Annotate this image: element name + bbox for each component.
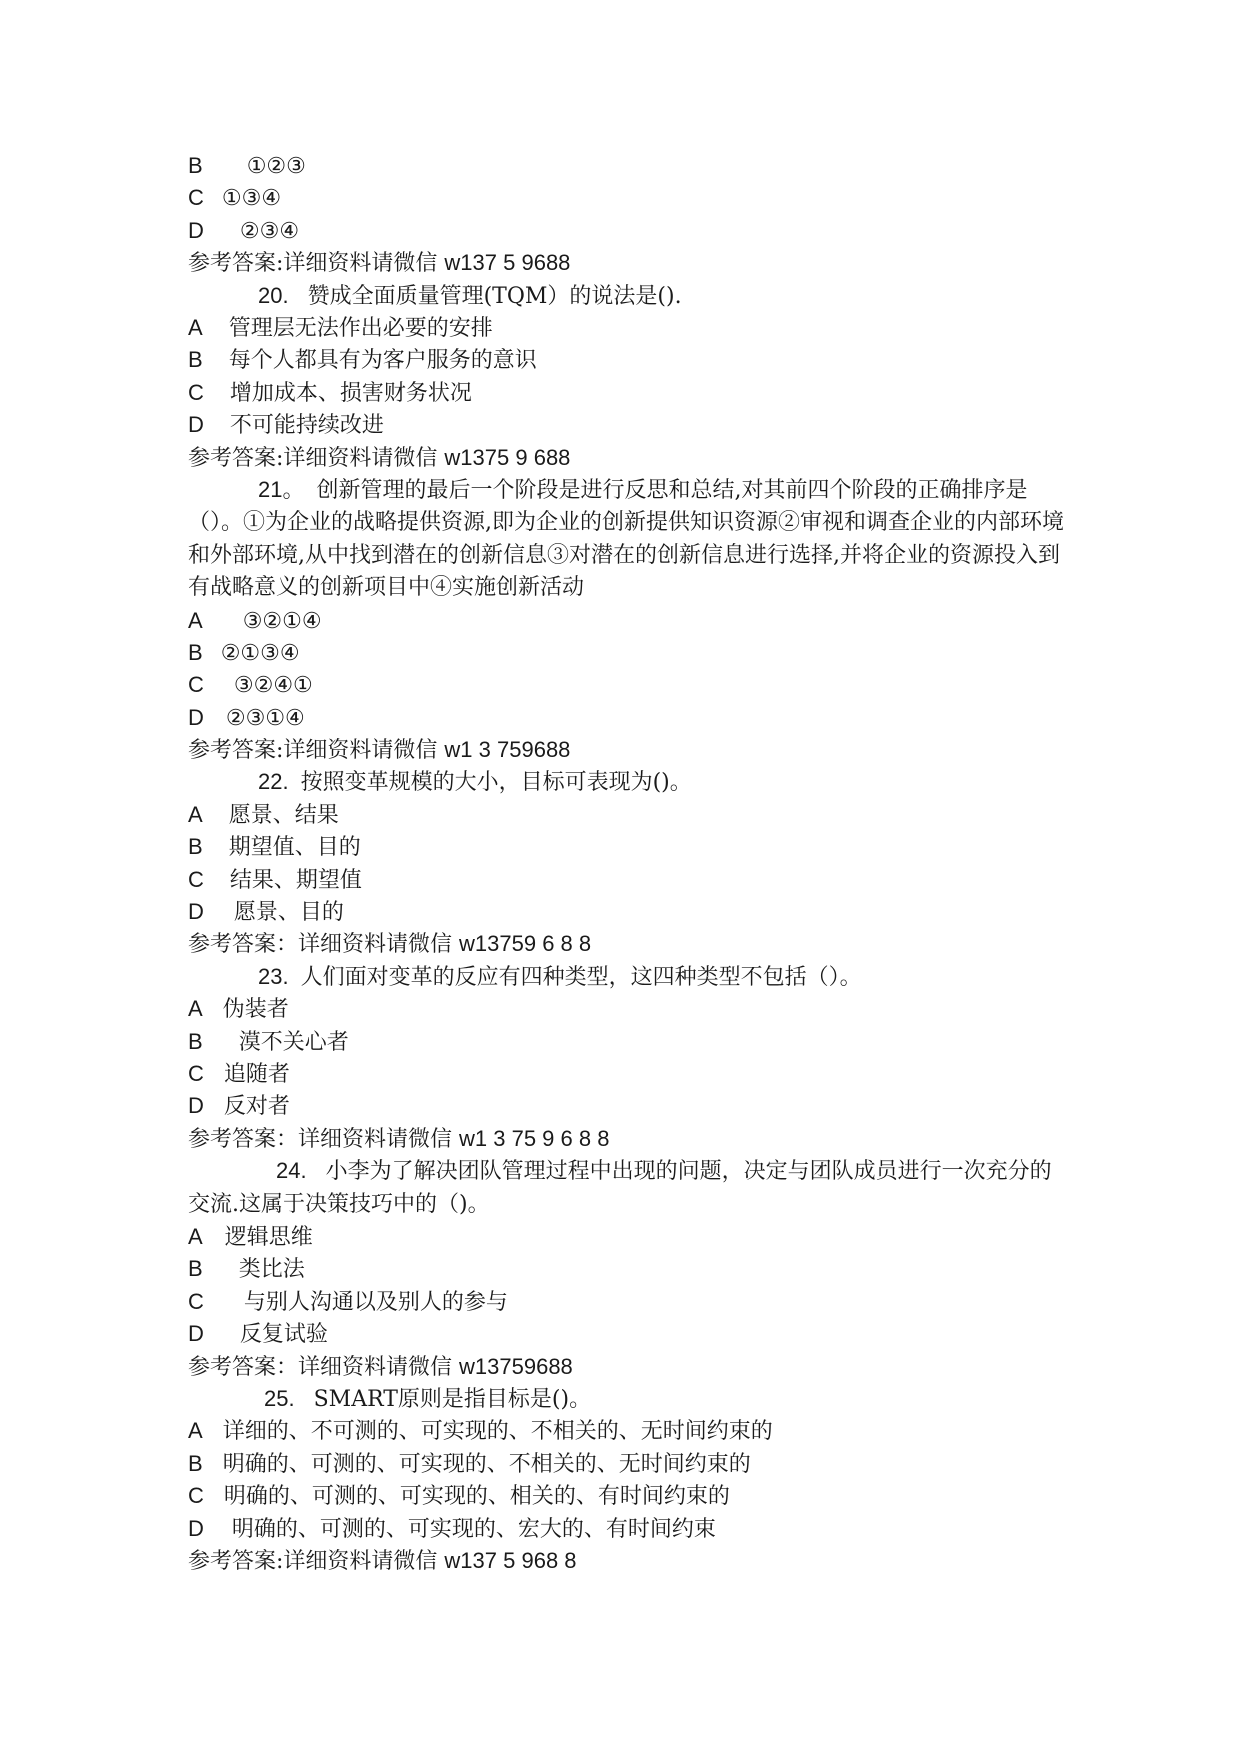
question-23: 23.人们面对变革的反应有四种类型，这四种类型不包括（）。 A伪装者 B漠不关心… xyxy=(188,961,1068,1155)
option-text: 追随者 xyxy=(224,1062,290,1087)
option-letter: C xyxy=(188,1058,204,1090)
option-letter: A xyxy=(188,312,203,344)
answer-label: 参考答案:详细资料请微信 xyxy=(188,251,437,276)
option-c: C结果、期望值 xyxy=(188,864,1068,896)
answer-line: 参考答案：详细资料请微信 w13759688 xyxy=(188,1351,1068,1383)
option-letter: B xyxy=(188,1253,203,1285)
option-letter: A xyxy=(188,1221,203,1253)
question-number: 22. xyxy=(258,769,289,794)
option-text: 愿景、结果 xyxy=(229,803,339,828)
option-b: B期望值、目的 xyxy=(188,831,1068,863)
option-text: 期望值、目的 xyxy=(229,835,361,860)
answer-code: w1375 9 688 xyxy=(444,445,570,470)
option-letter: D xyxy=(188,702,204,734)
option-c: C增加成本、损害财务状况 xyxy=(188,377,1068,409)
option-c: C明确的、可测的、可实现的、相关的、有时间约束的 xyxy=(188,1480,1068,1512)
option-text: ①②③ xyxy=(247,154,306,179)
question-stem: 24. 小李为了解决团队管理过程中出现的问题，决定与团队成员进行一次充分的交流.… xyxy=(188,1155,1068,1221)
option-a: A管理层无法作出必要的安排 xyxy=(188,312,1068,344)
answer-label: 参考答案:详细资料请微信 xyxy=(188,1549,437,1574)
answer-label: 参考答案：详细资料请微信 xyxy=(188,1355,452,1380)
question-19-continuation: B①②③ C①③④ D②③④ 参考答案:详细资料请微信 w137 5 9688 xyxy=(188,150,1068,280)
answer-code: w13759688 xyxy=(459,1354,573,1379)
answer-label: 参考答案:详细资料请微信 xyxy=(188,446,437,471)
option-d: D愿景、目的 xyxy=(188,896,1068,928)
document-page: B①②③ C①③④ D②③④ 参考答案:详细资料请微信 w137 5 9688 … xyxy=(188,150,1068,1577)
option-text: ③②①④ xyxy=(243,609,322,634)
option-letter: A xyxy=(188,1415,203,1447)
option-letter: B xyxy=(188,150,203,182)
answer-line: 参考答案：详细资料请微信 w13759 6 8 8 xyxy=(188,928,1068,960)
option-c: C①③④ xyxy=(188,182,1068,214)
option-d: D反对者 xyxy=(188,1090,1068,1122)
option-c: C追随者 xyxy=(188,1058,1068,1090)
answer-line: 参考答案:详细资料请微信 w137 5 968 8 xyxy=(188,1545,1068,1577)
question-stem: 25. SMART原则是指目标是()。 xyxy=(188,1383,1068,1415)
option-letter: C xyxy=(188,1480,204,1512)
option-d: D反复试验 xyxy=(188,1318,1068,1350)
question-number: 21。 xyxy=(258,477,304,502)
option-a: A③②①④ xyxy=(188,605,1068,637)
option-d: D明确的、可测的、可实现的、宏大的、有时间约束 xyxy=(188,1513,1068,1545)
option-letter: D xyxy=(188,896,204,928)
option-a: A详细的、不可测的、可实现的、不相关的、无时间约束的 xyxy=(188,1415,1068,1447)
option-text: 不可能持续改进 xyxy=(230,413,384,438)
option-letter: C xyxy=(188,377,204,409)
question-number: 23. xyxy=(258,964,289,989)
answer-code: w1 3 75 9 6 8 8 xyxy=(459,1126,609,1151)
question-24: 24. 小李为了解决团队管理过程中出现的问题，决定与团队成员进行一次充分的交流.… xyxy=(188,1155,1068,1383)
option-letter: B xyxy=(188,1448,203,1480)
answer-label: 参考答案：详细资料请微信 xyxy=(188,932,452,957)
option-letter: D xyxy=(188,215,204,247)
question-20: 20. 赞成全面质量管理(TQM）的说法是(). A管理层无法作出必要的安排 B… xyxy=(188,280,1068,474)
option-text: 反复试验 xyxy=(240,1322,328,1347)
option-letter: D xyxy=(188,409,204,441)
option-text: 逻辑思维 xyxy=(225,1225,313,1250)
question-number: 24. xyxy=(276,1158,307,1183)
question-25: 25. SMART原则是指目标是()。 A详细的、不可测的、可实现的、不相关的、… xyxy=(188,1383,1068,1577)
answer-label: 参考答案:详细资料请微信 xyxy=(188,738,437,763)
option-b: B②①③④ xyxy=(188,637,1068,669)
question-number: 20. xyxy=(258,283,289,308)
option-a: A愿景、结果 xyxy=(188,799,1068,831)
option-letter: C xyxy=(188,669,204,701)
option-d: D不可能持续改进 xyxy=(188,409,1068,441)
question-text: 人们面对变革的反应有四种类型，这四种类型不包括（）。 xyxy=(301,965,862,990)
question-21: 21。创新管理的最后一个阶段是进行反思和总结,对其前四个阶段的正确排序是（）。①… xyxy=(188,474,1068,767)
option-text: 管理层无法作出必要的安排 xyxy=(229,316,493,341)
question-text: SMART原则是指目标是()。 xyxy=(314,1387,592,1412)
option-text: 每个人都具有为客户服务的意识 xyxy=(229,348,537,373)
option-text: 明确的、可测的、可实现的、不相关的、无时间约束的 xyxy=(223,1452,751,1477)
option-letter: A xyxy=(188,799,203,831)
answer-code: w13759 6 8 8 xyxy=(459,931,591,956)
question-stem: 20. 赞成全面质量管理(TQM）的说法是(). xyxy=(188,280,1068,312)
question-stem: 23.人们面对变革的反应有四种类型，这四种类型不包括（）。 xyxy=(188,961,1068,993)
option-a: A逻辑思维 xyxy=(188,1221,1068,1253)
question-stem: 21。创新管理的最后一个阶段是进行反思和总结,对其前四个阶段的正确排序是（）。①… xyxy=(188,474,1068,605)
option-b: B每个人都具有为客户服务的意识 xyxy=(188,344,1068,376)
answer-line: 参考答案:详细资料请微信 w1 3 759688 xyxy=(188,734,1068,766)
option-a: A伪装者 xyxy=(188,993,1068,1025)
option-text: 结果、期望值 xyxy=(230,868,362,893)
option-c: C与别人沟通以及别人的参与 xyxy=(188,1286,1068,1318)
option-text: 明确的、可测的、可实现的、相关的、有时间约束的 xyxy=(224,1484,730,1509)
option-text: 类比法 xyxy=(239,1257,305,1282)
option-letter: B xyxy=(188,344,203,376)
question-text: 创新管理的最后一个阶段是进行反思和总结,对其前四个阶段的正确排序是（）。①为企业… xyxy=(188,478,1064,600)
option-text: ②①③④ xyxy=(221,641,300,666)
question-stem: 22.按照变革规模的大小，目标可表现为()。 xyxy=(188,766,1068,798)
answer-line: 参考答案：详细资料请微信 w1 3 75 9 6 8 8 xyxy=(188,1123,1068,1155)
question-text: 按照变革规模的大小，目标可表现为()。 xyxy=(301,770,692,795)
question-22: 22.按照变革规模的大小，目标可表现为()。 A愿景、结果 B期望值、目的 C结… xyxy=(188,766,1068,960)
option-text: 漠不关心者 xyxy=(239,1030,349,1055)
question-number: 25. xyxy=(264,1386,295,1411)
question-text: 赞成全面质量管理(TQM）的说法是(). xyxy=(308,284,682,309)
option-b: B漠不关心者 xyxy=(188,1026,1068,1058)
option-letter: B xyxy=(188,831,203,863)
option-letter: C xyxy=(188,1286,204,1318)
option-letter: A xyxy=(188,993,203,1025)
option-text: ③②④① xyxy=(234,673,313,698)
answer-code: w137 5 968 8 xyxy=(444,1548,576,1573)
option-c: C③②④① xyxy=(188,669,1068,701)
option-letter: A xyxy=(188,605,203,637)
option-text: 增加成本、损害财务状况 xyxy=(230,381,472,406)
option-text: 详细的、不可测的、可实现的、不相关的、无时间约束的 xyxy=(223,1419,773,1444)
option-b: B明确的、可测的、可实现的、不相关的、无时间约束的 xyxy=(188,1448,1068,1480)
option-b: B①②③ xyxy=(188,150,1068,182)
answer-code: w137 5 9688 xyxy=(444,250,570,275)
answer-label: 参考答案：详细资料请微信 xyxy=(188,1127,452,1152)
option-text: 反对者 xyxy=(224,1094,290,1119)
answer-code: w1 3 759688 xyxy=(444,737,570,762)
answer-line: 参考答案:详细资料请微信 w1375 9 688 xyxy=(188,442,1068,474)
option-letter: B xyxy=(188,637,203,669)
option-letter: C xyxy=(188,864,204,896)
option-text: 与别人沟通以及别人的参与 xyxy=(244,1290,508,1315)
option-text: 明确的、可测的、可实现的、宏大的、有时间约束 xyxy=(232,1517,716,1542)
option-letter: D xyxy=(188,1318,204,1350)
option-letter: D xyxy=(188,1513,204,1545)
option-text: ②③④ xyxy=(240,219,299,244)
option-letter: B xyxy=(188,1026,203,1058)
option-d: D②③④ xyxy=(188,215,1068,247)
option-text: 愿景、目的 xyxy=(234,900,344,925)
option-letter: D xyxy=(188,1090,204,1122)
option-letter: C xyxy=(188,182,204,214)
answer-line: 参考答案:详细资料请微信 w137 5 9688 xyxy=(188,247,1068,279)
option-text: ②③①④ xyxy=(226,706,305,731)
option-text: ①③④ xyxy=(222,186,281,211)
option-text: 伪装者 xyxy=(223,997,289,1022)
option-d: D②③①④ xyxy=(188,702,1068,734)
question-text: 小李为了解决团队管理过程中出现的问题，决定与团队成员进行一次充分的交流.这属于决… xyxy=(188,1159,1052,1216)
option-b: B类比法 xyxy=(188,1253,1068,1285)
